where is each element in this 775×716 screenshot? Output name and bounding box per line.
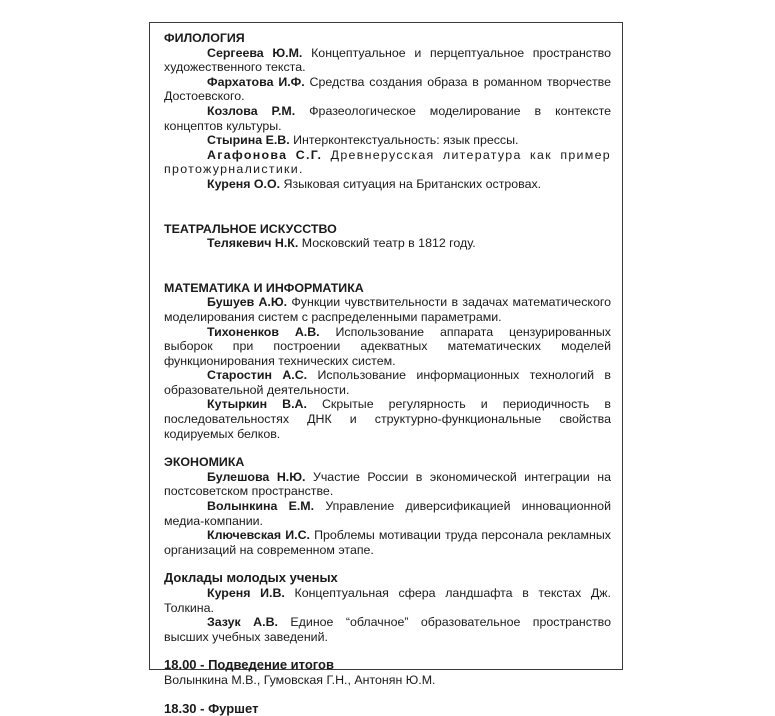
entry: Фархатова И.Ф. Средства создания образа … <box>164 75 611 104</box>
entry-author: Старостин А.С. <box>207 368 307 382</box>
entry: Стырина Е.В. Интерконтекстуальность: язы… <box>164 133 611 148</box>
entry: Бушуев А.Ю. Функции чувствительности в з… <box>164 295 611 324</box>
entry-author: Фархатова И.Ф. <box>207 75 305 89</box>
entry-author: Зазук А.В. <box>207 615 278 629</box>
entry: Старостин А.С. Использование информацион… <box>164 368 611 397</box>
program-box: ФИЛОЛОГИЯ Сергеева Ю.М. Концептуальное и… <box>149 22 623 670</box>
summary-people: Волынкина М.В., Гумовская Г.Н., Антонян … <box>164 673 611 688</box>
section-title-young-scientists: Доклады молодых ученых <box>164 571 611 586</box>
entry: Агафонова С.Г. Древнерусская литература … <box>164 148 611 177</box>
section-title-math: МАТЕМАТИКА И ИНФОРМАТИКА <box>164 281 611 296</box>
entry-author: Агафонова С.Г. <box>207 148 322 162</box>
entry-author: Куреня И.В. <box>207 586 285 600</box>
entry: Телякевич Н.К. Московский театр в 1812 г… <box>164 236 611 251</box>
entry: Зазук А.В. Единое “облачное” образовател… <box>164 615 611 644</box>
section-title-economics: ЭКОНОМИКА <box>164 455 611 470</box>
section-title-philology: ФИЛОЛОГИЯ <box>164 31 611 46</box>
entry: Тихоненков А.В. Использование аппарата ц… <box>164 325 611 369</box>
entry-author: Сергеева Ю.М. <box>207 46 302 60</box>
entry-author: Кутыркин В.А. <box>207 397 307 411</box>
entry-title: Языковая ситуация на Британских островах… <box>280 177 541 191</box>
entry-author: Телякевич Н.К. <box>207 236 298 250</box>
entry-author: Тихоненков А.В. <box>207 325 320 339</box>
entry: Сергеева Ю.М. Концептуальное и перцептуа… <box>164 46 611 75</box>
entry: Козлова Р.М. Фразеологическое моделирова… <box>164 104 611 133</box>
entry-author: Ключевская И.С. <box>207 528 310 542</box>
entry-title: Московский театр в 1812 году. <box>298 236 475 250</box>
entry-author: Куреня О.О. <box>207 177 280 191</box>
section-title-theatre: ТЕАТРАЛЬНОЕ ИСКУССТВО <box>164 222 611 237</box>
entry: Волынкина Е.М. Управление диверсификацие… <box>164 499 611 528</box>
entry: Ключевская И.С. Проблемы мотивации труда… <box>164 528 611 557</box>
entry-author: Волынкина Е.М. <box>207 499 314 513</box>
entry: Куреня И.В. Концептуальная сфера ландшаф… <box>164 586 611 615</box>
summary-title: 18.00 - Подведение итогов <box>164 658 611 673</box>
entry: Булешова Н.Ю. Участие России в экономиче… <box>164 470 611 499</box>
reception-title: 18.30 - Фуршет <box>164 702 611 716</box>
entry-author: Козлова Р.М. <box>207 104 295 118</box>
entry-title: Интерконтекстуальность: язык прессы. <box>290 133 519 147</box>
entry-author: Булешова Н.Ю. <box>207 470 305 484</box>
entry-author: Стырина Е.В. <box>207 133 290 147</box>
entry-author: Бушуев А.Ю. <box>207 295 287 309</box>
entry: Кутыркин В.А. Скрытые регулярность и пер… <box>164 397 611 441</box>
entry: Куреня О.О. Языковая ситуация на Британс… <box>164 177 611 192</box>
